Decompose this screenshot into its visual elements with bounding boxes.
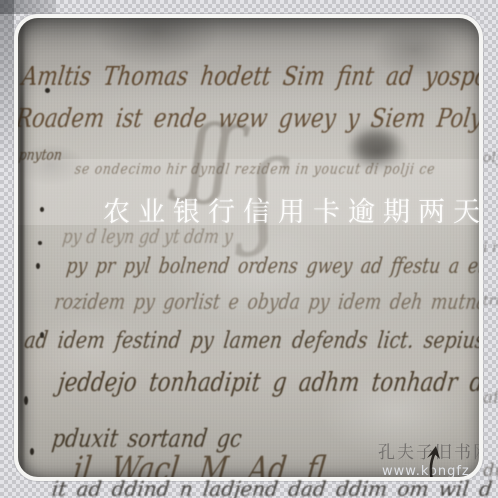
manuscript-bleed-bottom: it ad ddind n ladjend dad ddim om wil d [51,477,494,498]
parchment-speck [30,448,34,455]
manuscript-line: Roadem ist ende wew gwey y Siem Poly sen… [14,104,483,134]
manuscript-line: rozidem py gorlist e obyda py idem deh m… [53,290,483,314]
manuscript-bleed-right: at fns [483,388,498,408]
photo-frame: Amltis Thomas hodett Sim fint ad yospond… [14,14,483,481]
parchment-speck [40,332,44,338]
parchment-speck [36,263,40,269]
dark-tint-left-strip [0,0,14,170]
overlay-title: 农业银行信用卡逾期两天 [103,190,483,229]
manuscript-bleed-right: olyi ac [483,150,498,166]
parchment-speck [45,88,50,93]
manuscript-bleed-right: trit d [483,293,498,309]
parchment-speck [24,396,28,405]
parchment-speck [40,207,44,212]
manuscript-line: py pr pyl bolnend ordens gwey ad ffestu … [65,254,483,278]
manuscript-line: ad idem festind py lamen defends lict. s… [23,328,483,354]
manuscript-margin-word: pnyton [18,146,63,164]
manuscript-line: jeddejo tonhadipit g adhm tonhadr dede d… [56,368,483,398]
manuscript-line: py d leyn gd yt ddm y [61,226,234,248]
manuscript-line: Amltis Thomas hodett Sim fint ad yospond… [20,62,483,92]
transparency-checkerboard-background: { "canvas": { "width": 498, "height": 49… [0,0,498,498]
ink-smudge [354,130,396,162]
parchment-speck [38,241,42,245]
manuscript-bleed-right: i roba [483,240,498,256]
manuscript-line: pduxit sortand gc [50,424,243,453]
mouse-cursor-icon [420,444,446,481]
